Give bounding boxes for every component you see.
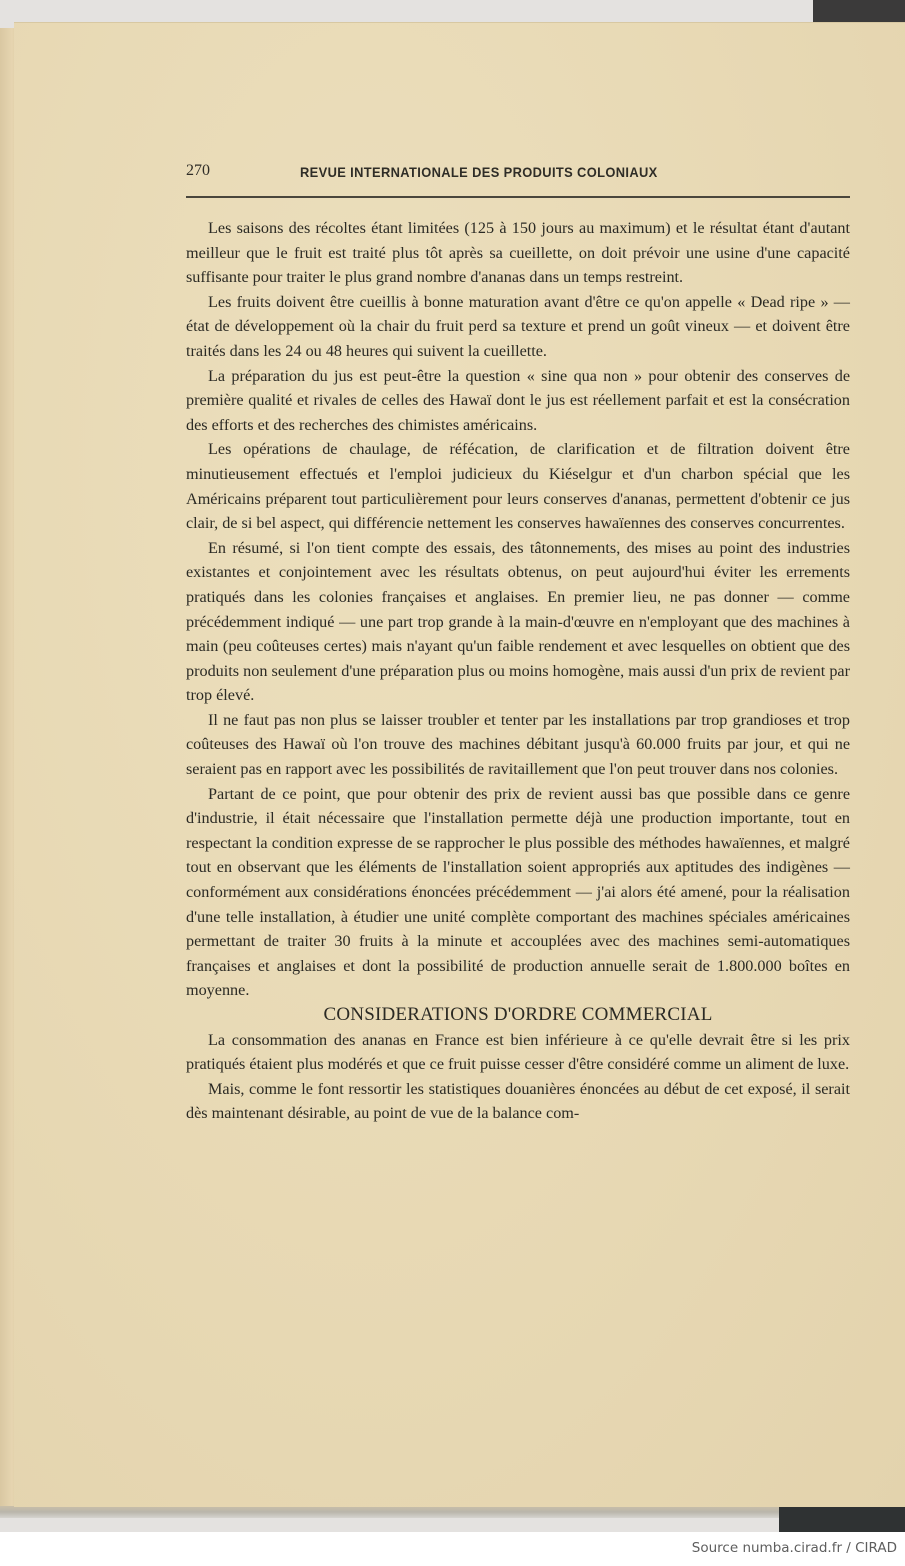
paragraph: En résumé, si l'on tient compte des essa…	[186, 536, 850, 708]
section-heading: CONSIDERATIONS D'ORDRE COMMERCIAL	[186, 1003, 850, 1028]
source-caption: Source numba.cirad.fr / CIRAD	[692, 1540, 897, 1556]
paragraph: Mais, comme le font ressortir les statis…	[186, 1077, 850, 1126]
journal-title: REVUE INTERNATIONALE DES PRODUITS COLONI…	[300, 164, 658, 180]
running-head: 270 REVUE INTERNATIONALE DES PRODUITS CO…	[186, 162, 850, 188]
paragraph: Les opérations de chaulage, de réfécatio…	[186, 437, 850, 535]
paragraph: Les fruits doivent être cueillis à bonne…	[186, 290, 850, 364]
page-number: 270	[186, 162, 210, 180]
scanner-edge-bottom	[779, 1505, 905, 1532]
paragraph: Partant de ce point, que pour obtenir de…	[186, 782, 850, 1003]
paragraph: La préparation du jus est peut-être la q…	[186, 364, 850, 438]
paragraph: La consommation des ananas en France est…	[186, 1028, 850, 1077]
header-rule	[186, 196, 850, 198]
paragraph: Les saisons des récoltes étant limitées …	[186, 216, 850, 290]
book-page-edges-bottom	[0, 1506, 780, 1518]
article-body: Les saisons des récoltes étant limitées …	[186, 216, 850, 1126]
paragraph: Il ne faut pas non plus se laisser troub…	[186, 708, 850, 782]
